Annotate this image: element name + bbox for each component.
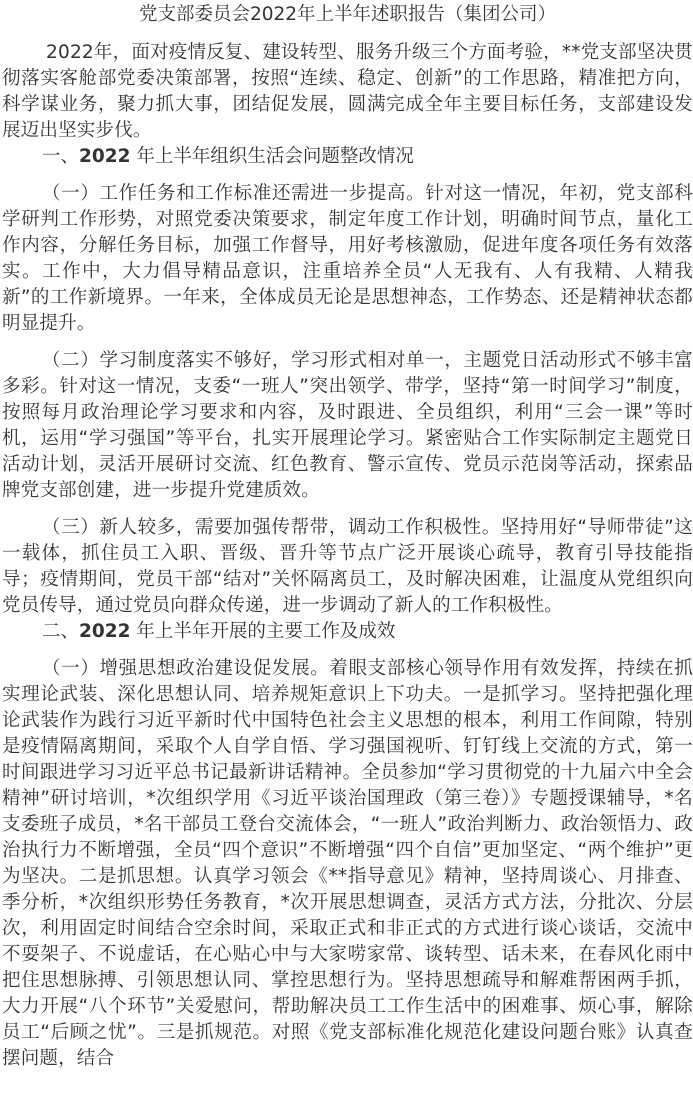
section-1-paragraph-3: （三）新人较多，需要加强传帮带，调动工作积极性。坚持用好“导师带徒”这一载体，抓…: [2, 515, 693, 619]
section-2-prefix: 二、: [42, 621, 79, 642]
section-1-year: 2022: [79, 146, 131, 167]
section-2-rest: 年上半年开展的主要工作及成效: [136, 621, 395, 642]
intro-paragraph: 2022年，面对疫情反复、建设转型、服务升级三个方面考验，**党支部坚决贯彻落实…: [2, 40, 693, 144]
section-1-rest: 年上半年组织生活会问题整改情况: [136, 146, 414, 167]
section-1-paragraph-2: （二）学习制度落实不够好，学习形式相对单一，主题党日活动形式不够丰富多彩。针对这…: [2, 348, 693, 504]
section-2-heading: 二、2022 年上半年开展的主要工作及成效: [2, 619, 693, 645]
section-1-heading: 一、2022 年上半年组织生活会问题整改情况: [2, 144, 693, 170]
section-1-paragraph-1: （一）工作任务和工作标准还需进一步提高。针对这一情况，年初，党支部科学研判工作形…: [2, 181, 693, 337]
document: 党支部委员会2022年上半年述职报告（集团公司） 2022年，面对疫情反复、建设…: [0, 0, 693, 1072]
section-2-year: 2022: [79, 621, 131, 642]
section-1-prefix: 一、: [42, 146, 79, 167]
section-2-paragraph-1: （一）增强思想政治建设促发展。着眼支部核心领导作用有效发挥，持续在抓实理论武装、…: [2, 656, 693, 1072]
document-title: 党支部委员会2022年上半年述职报告（集团公司）: [2, 0, 693, 28]
